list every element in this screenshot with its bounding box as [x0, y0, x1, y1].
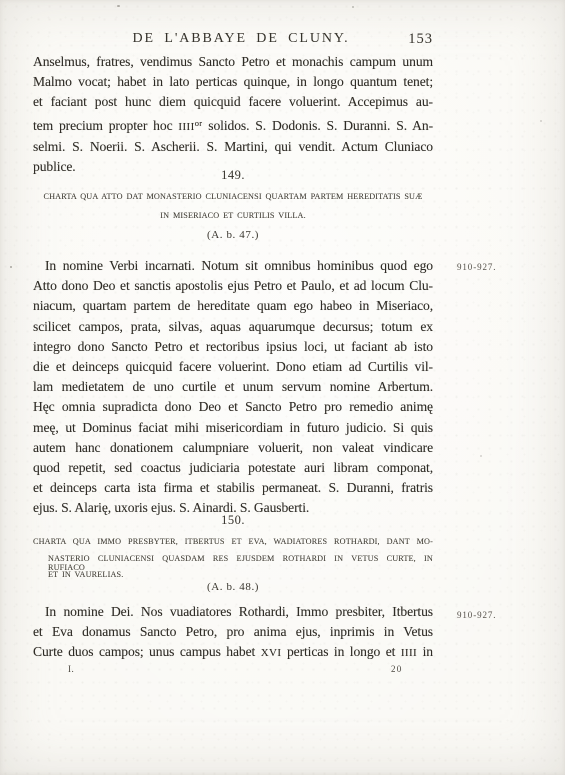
paragraph-line: quod repetit, sed coactus judiciaria pot…	[33, 458, 433, 478]
roman-numeral: IIII	[178, 121, 194, 133]
line-text: in	[417, 644, 433, 659]
paragraph-line: In nomine Dei. Nos vuadiatores Rothardi,…	[33, 602, 433, 622]
line-text: tem precium propter hoc	[33, 118, 178, 133]
paragraph-line: scilicet campos, prata, silvas, aquas aq…	[33, 317, 433, 337]
scan-speck	[352, 6, 354, 8]
paragraph-line: lam medietatem de uno curtile et unum se…	[33, 377, 433, 397]
charter-heading-line: IN MISERIACO ET CURTILIS VILLA.	[33, 211, 433, 220]
paragraph-line: niacum, quartam partem de hereditate qua…	[33, 296, 433, 316]
scanned-book-page: DE L'ABBAYE DE CLUNY. 153 Anselmus, frat…	[0, 0, 565, 775]
running-header: DE L'ABBAYE DE CLUNY. 153	[33, 31, 433, 51]
line-text: solidos. S. Dodonis. S. Duranni. S. An-	[202, 118, 433, 133]
paragraph-line: Hęc omnia supradicta dono Deo et Sancto …	[33, 397, 433, 417]
paragraph-line: et faciant post hunc diem quicquid facer…	[33, 92, 433, 112]
paragraph-line: Anselmus, fratres, vendimus Sancto Petro…	[33, 52, 433, 72]
section-number-150: 150.	[33, 513, 433, 528]
margin-date: 910-927.	[457, 610, 521, 620]
paragraph-line: integro dono Sancto Petro et rectoribus …	[33, 337, 433, 357]
paragraph-charta-148: Anselmus, fratres, vendimus Sancto Petro…	[33, 52, 433, 177]
section-number-149: 149.	[33, 168, 433, 183]
charter-heading-line: ET IN VAURELIAS.	[48, 570, 433, 579]
paragraph-line: Curte duos campos; unus campus habet XVI…	[33, 642, 433, 663]
scan-speck	[540, 120, 542, 122]
charter-heading-line: CHARTA QUA ATTO DAT MONASTERIO CLUNIACEN…	[33, 192, 433, 201]
paragraph-line: autem hanc donationem calumpniare voluer…	[33, 438, 433, 458]
scan-speck	[10, 266, 12, 268]
roman-numeral: XVI	[261, 647, 282, 659]
running-header-title: DE L'ABBAYE DE CLUNY.	[33, 31, 433, 47]
paragraph-charta-150: In nomine Dei. Nos vuadiatores Rothardi,…	[33, 602, 433, 664]
page-number: 153	[408, 31, 433, 48]
sheet-signature-number: 20	[391, 664, 402, 674]
line-text: Curte duos campos; unus campus habet	[33, 644, 261, 659]
archive-reference: (A. b. 48.)	[33, 581, 433, 593]
paragraph-line: In nomine Verbi incarnati. Notum sit omn…	[33, 256, 433, 276]
roman-numeral: IIII	[401, 647, 417, 659]
paragraph-line: Atto dono Deo et sanctis apostolis ejus …	[33, 276, 433, 296]
paragraph-line: et deinceps carta ista firma et stabilis…	[33, 478, 433, 498]
scan-speck	[480, 455, 482, 457]
scan-speck	[117, 5, 120, 7]
line-text: perticas in longo et	[281, 644, 400, 659]
paragraph-line: die et deinceps quicquid facere voluerin…	[33, 357, 433, 377]
archive-reference: (A. b. 47.)	[33, 229, 433, 241]
paragraph-charta-149: In nomine Verbi incarnati. Notum sit omn…	[33, 256, 433, 519]
paragraph-line: selmi. S. Noerii. S. Ascherii. S. Martin…	[33, 137, 433, 157]
volume-signature-mark: I.	[68, 664, 74, 674]
paragraph-line: et Eva donamus Sancto Petro, pro anima e…	[33, 622, 433, 642]
charter-heading-line: CHARTA QUA IMMO PRESBYTER, ITBERTUS ET E…	[33, 537, 433, 546]
paragraph-line: Malmo vocat; habet in lato perticas quin…	[33, 72, 433, 92]
paragraph-line: meę, ut Dominus faciat mihi misericordia…	[33, 418, 433, 438]
paragraph-line: tem precium propter hoc IIIIor solidos. …	[33, 113, 433, 137]
margin-date: 910-927.	[457, 262, 521, 272]
